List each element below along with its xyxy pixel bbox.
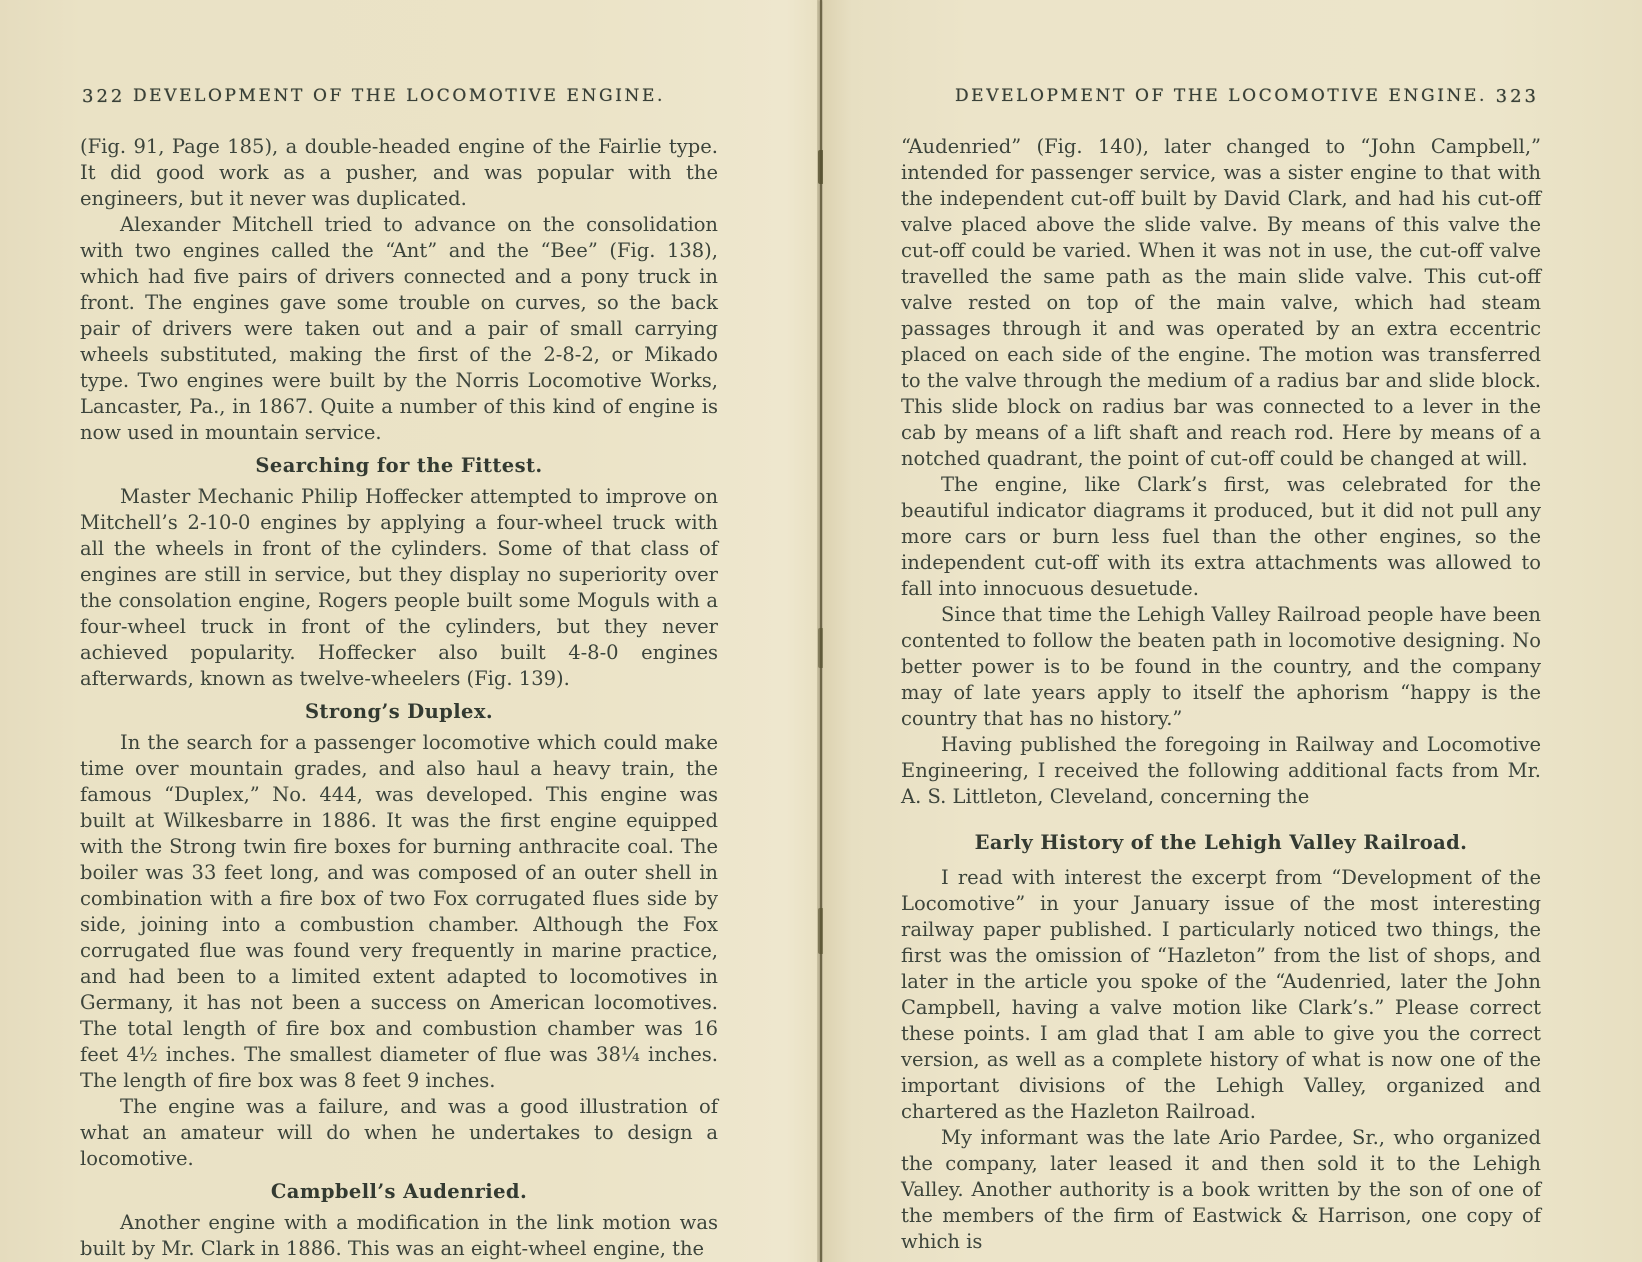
page-right-content: DEVELOPMENT OF THE LOCOMOTIVE ENGINE. 32… <box>901 86 1541 1255</box>
page-body: “Audenried” (Fig. 140), later changed to… <box>901 134 1541 1255</box>
paragraph: Master Mechanic Philip Hoffecker attempt… <box>80 484 718 692</box>
running-title: DEVELOPMENT OF THE LOCOMOTIVE ENGINE. <box>955 86 1487 106</box>
paragraph: “Audenried” (Fig. 140), later changed to… <box>901 134 1541 472</box>
paragraph: Another engine with a modification in th… <box>80 1210 718 1262</box>
paragraph: I read with interest the excerpt from “D… <box>901 865 1541 1125</box>
section-heading: Strong’s Duplex. <box>80 699 718 725</box>
page-right: DEVELOPMENT OF THE LOCOMOTIVE ENGINE. 32… <box>823 0 1642 1262</box>
book-spread: 322 DEVELOPMENT OF THE LOCOMOTIVE ENGINE… <box>0 0 1642 1262</box>
paragraph: Having published the foregoing in Railwa… <box>901 732 1541 810</box>
paragraph: Since that time the Lehigh Valley Railro… <box>901 602 1541 732</box>
page-body: (Fig. 91, Page 185), a double-headed eng… <box>80 134 718 1262</box>
section-heading: Early History of the Lehigh Valley Railr… <box>901 830 1541 856</box>
page-left-content: 322 DEVELOPMENT OF THE LOCOMOTIVE ENGINE… <box>80 86 718 1262</box>
paragraph: My informant was the late Ario Pardee, S… <box>901 1125 1541 1255</box>
running-title: DEVELOPMENT OF THE LOCOMOTIVE ENGINE. <box>133 86 665 106</box>
running-header: DEVELOPMENT OF THE LOCOMOTIVE ENGINE. 32… <box>901 86 1541 110</box>
section-heading: Campbell’s Audenried. <box>80 1179 718 1205</box>
page-left: 322 DEVELOPMENT OF THE LOCOMOTIVE ENGINE… <box>0 0 819 1262</box>
page-number: 323 <box>1496 86 1539 107</box>
page-number: 322 <box>82 86 125 107</box>
paragraph: The engine, like Clark’s first, was cele… <box>901 472 1541 602</box>
section-heading: Searching for the Fittest. <box>80 453 718 479</box>
running-header: 322 DEVELOPMENT OF THE LOCOMOTIVE ENGINE… <box>80 86 718 110</box>
paragraph: (Fig. 91, Page 185), a double-headed eng… <box>80 134 718 212</box>
paragraph: In the search for a passenger locomotive… <box>80 730 718 1094</box>
paragraph: The engine was a failure, and was a good… <box>80 1094 718 1172</box>
paragraph: Alexander Mitchell tried to advance on t… <box>80 212 718 446</box>
